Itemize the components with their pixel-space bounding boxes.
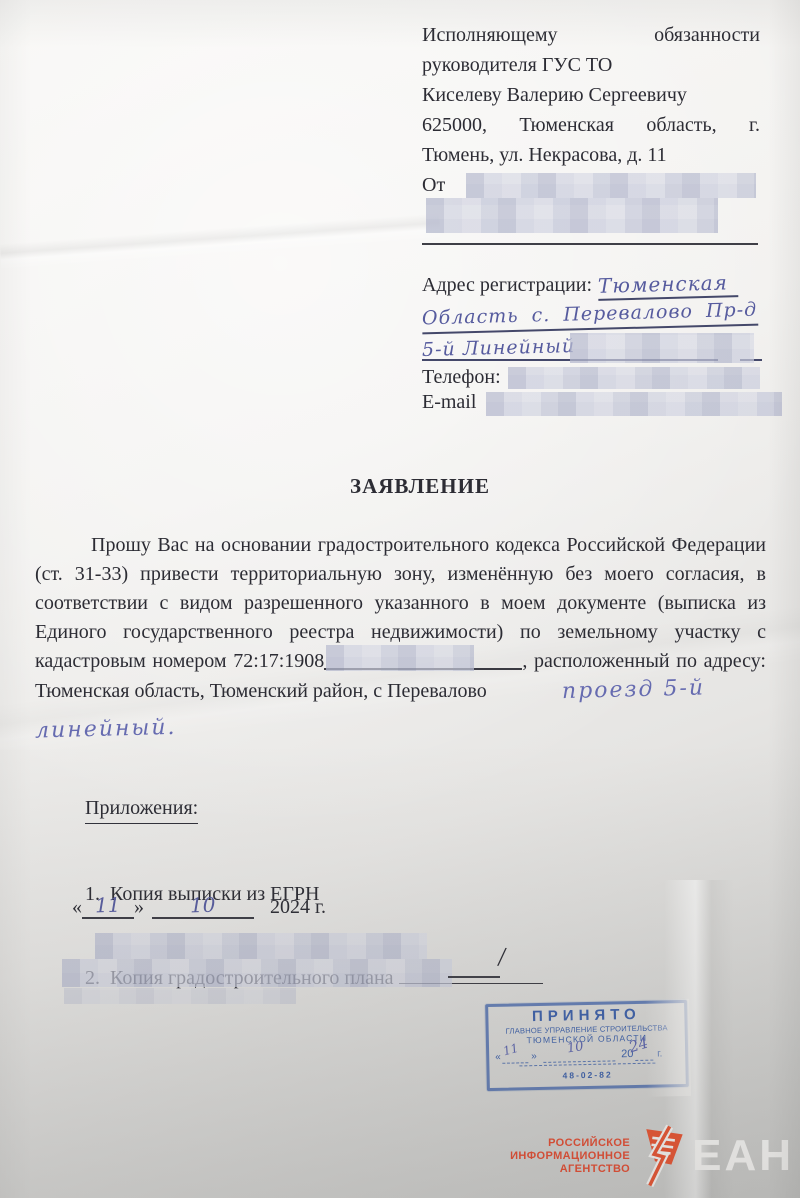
agency-line: АГЕНТСТВО	[510, 1163, 630, 1176]
email-label: E-mail	[422, 391, 476, 413]
stamp-year-suffix: г.	[657, 1048, 662, 1059]
redacted-signature	[64, 988, 296, 1004]
blank-rule	[422, 243, 758, 245]
redacted-signature	[95, 933, 427, 959]
date-line: «11»102024 г.	[72, 893, 326, 919]
redacted-email	[486, 392, 782, 416]
stamp-month-rule	[543, 1059, 615, 1063]
from-block: От	[422, 170, 760, 250]
registration-label: Адрес регистрации:	[422, 274, 592, 296]
handwritten-address: Область с. Перевалово Пр-д	[422, 299, 759, 335]
email-row: E-mail	[422, 391, 782, 416]
agency-line: ИНФОРМАЦИОННОЕ	[510, 1150, 630, 1163]
stamp-year-rule	[635, 1059, 653, 1061]
contacts-block: Телефон: E-mail	[422, 366, 782, 416]
ean-brand: ЕАН	[692, 1134, 794, 1178]
date-year: 2024 г.	[270, 896, 326, 918]
handwritten-region: Тюменская	[598, 270, 739, 301]
acceptance-stamp: ПРИНЯТО ГЛАВНОЕ УПРАВЛЕНИЕ СТРОИТЕЛЬСТВА…	[485, 1000, 689, 1091]
stamp-quote-close: »	[531, 1051, 537, 1062]
stamp-handwritten-month: 10	[566, 1039, 585, 1056]
redacted-address	[570, 333, 754, 363]
agency-line: РОССИЙСКОЕ	[510, 1137, 630, 1150]
date-day-slot: 11	[82, 893, 134, 919]
body-paragraph: Прошу Вас на основании градостроительног…	[35, 531, 766, 736]
document-title: ЗАЯВЛЕНИЕ	[35, 474, 785, 499]
date-month-slot: 10	[152, 893, 254, 919]
redacted-name	[426, 198, 718, 233]
recipient-line: Исполняющему обязанности	[422, 20, 760, 50]
phone-row: Телефон:	[422, 366, 782, 391]
ean-watermark: РОССИЙСКОЕ ИНФОРМАЦИОННОЕ АГЕНТСТВО ЕАН	[510, 1124, 794, 1188]
stamp-code: 48-02-82	[562, 1069, 612, 1080]
signature-rule	[448, 952, 500, 978]
document-photo: Исполняющему обязанности руководителя ГУ…	[0, 0, 800, 1198]
cadastral-blank	[324, 650, 522, 670]
from-label: От	[422, 174, 445, 196]
recipient-line: Киселеву Валерию Сергеевичу	[422, 80, 760, 110]
recipient-block: Исполняющему обязанности руководителя ГУ…	[422, 20, 760, 170]
quote-open: «	[72, 896, 82, 918]
handwritten-street: 5-й Линейный	[422, 335, 576, 361]
stamp-day-rule	[502, 1061, 528, 1064]
paper-crease	[0, 190, 441, 285]
redacted-name	[466, 173, 756, 198]
registration-block: Адрес регистрации:Тюменская Область с. П…	[422, 272, 762, 366]
redacted-phone	[508, 367, 760, 389]
recipient-line: 625000, Тюменская область, г.	[422, 110, 760, 140]
handwritten-month: 10	[190, 893, 216, 918]
redacted-signature	[62, 959, 452, 987]
quote-close: »	[134, 896, 144, 918]
stamp-code-row: 48-02-82	[520, 1063, 656, 1085]
agency-name: РОССИЙСКОЕ ИНФОРМАЦИОННОЕ АГЕНТСТВО	[510, 1137, 630, 1176]
stamp-handwritten-day: 11	[502, 1041, 520, 1059]
stamp-quote-open: «	[495, 1052, 501, 1063]
lightning-bolt-icon	[635, 1124, 687, 1188]
attachments-heading: Приложения:	[85, 794, 198, 824]
phone-label: Телефон:	[422, 366, 501, 388]
handwritten-address-row: 5-й Линейный	[422, 332, 762, 366]
recipient-line: Тюмень, ул. Некрасова, д. 11	[422, 140, 760, 170]
redacted-cadastral-number	[326, 645, 474, 671]
handwritten-day: 11	[95, 893, 121, 918]
recipient-line: руководителя ГУС ТО	[422, 50, 760, 80]
